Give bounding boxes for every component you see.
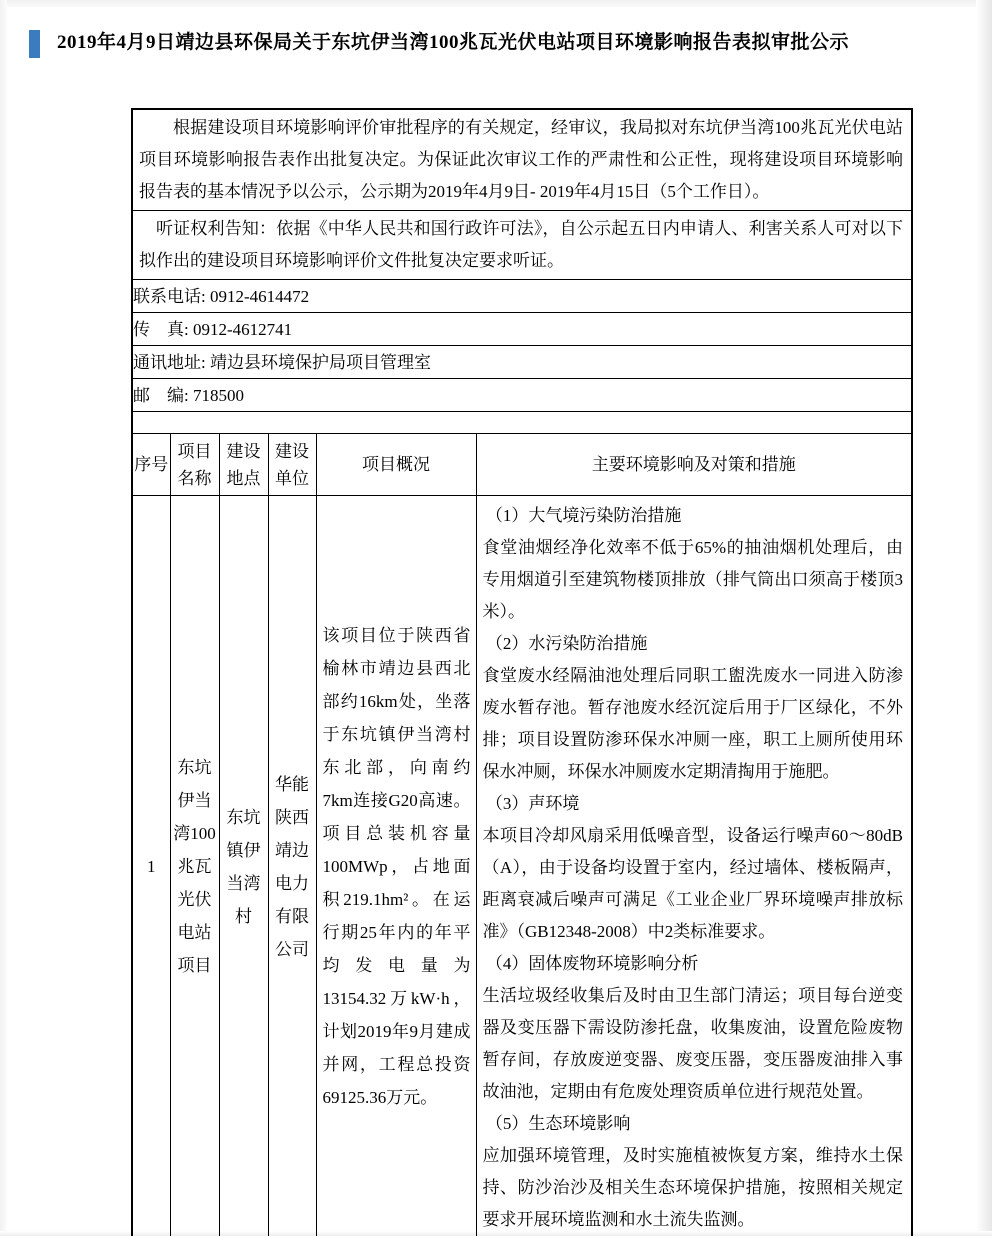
cell-index: 1: [132, 496, 170, 1236]
contact-fax: 传 真: 0912-4612741: [132, 313, 912, 346]
cell-builder: 华能陕西靖边电力有限公司: [268, 496, 316, 1236]
contact-zip-row: 邮 编: 718500: [132, 379, 912, 412]
impact-section-ecology: （5）生态环境影响 应加强环境管理，及时实施植被恢复方案，维持水土保持、防沙治沙…: [483, 1108, 904, 1236]
contact-phone: 联系电话: 0912-4614472: [132, 280, 912, 313]
contact-zipcode: 邮 编: 718500: [132, 379, 912, 412]
cell-impacts: （1）大气境污染防治措施 食堂油烟经净化效率不低于65%的抽油烟机处理后，由专用…: [476, 496, 912, 1236]
impact-section-noise: （3）声环境 本项目冷却风扇采用低噪音型，设备运行噪声60～80dB（A），由于…: [483, 788, 904, 948]
col-header-project-name: 项目名称: [170, 434, 219, 496]
title-accent-bar: [29, 30, 40, 58]
page-edge-left: [0, 0, 7, 1236]
contact-address-row: 通讯地址: 靖边县环境保护局项目管理室: [132, 346, 912, 379]
impact-body-air: 食堂油烟经净化效率不低于65%的抽油烟机处理后，由专用烟道引至建筑物楼顶排放（排…: [483, 532, 904, 628]
table-header-row: 序号 项目名称 建设地点 建设单位 项目概况 主要环境影响及对策和措施: [132, 434, 912, 496]
impact-section-air: （1）大气境污染防治措施 食堂油烟经净化效率不低于65%的抽油烟机处理后，由专用…: [483, 500, 904, 628]
contact-address: 通讯地址: 靖边县环境保护局项目管理室: [132, 346, 912, 379]
contact-phone-row: 联系电话: 0912-4614472: [132, 280, 912, 313]
contact-fax-row: 传 真: 0912-4612741: [132, 313, 912, 346]
impact-heading-ecology: （5）生态环境影响: [483, 1108, 904, 1140]
impact-heading-water: （2）水污染防治措施: [483, 628, 904, 660]
intro-paragraph: 根据建设项目环境影响评价审批程序的有关规定，经审议，我局拟对东坑伊当湾100兆瓦…: [133, 110, 911, 210]
page: { "page": { "title": "2019年4月9日靖边县环保局关于东…: [0, 0, 992, 1236]
col-header-builder: 建设单位: [268, 434, 316, 496]
spacer-cell: [132, 412, 912, 434]
hearing-paragraph: 听证权利告知：依据《中华人民共和国行政许可法》，自公示起五日内申请人、利害关系人…: [133, 211, 911, 279]
impact-heading-solid-waste: （4）固体废物环境影响分析: [483, 948, 904, 980]
overview-text: 该项目位于陕西省榆林市靖边县西北部约16km处，坐落于东坑镇伊当湾村东北部，向南…: [317, 619, 476, 1114]
page-title: 2019年4月9日靖边县环保局关于东坑伊当湾100兆瓦光伏电站项目环境影响报告表…: [57, 28, 849, 58]
col-header-overview: 项目概况: [316, 434, 476, 496]
impact-heading-noise: （3）声环境: [483, 788, 904, 820]
col-header-location: 建设地点: [219, 434, 268, 496]
impact-body-water: 食堂废水经隔油池处理后同职工盥洗废水一同进入防渗废水暂存池。暂存池废水经沉淀后用…: [483, 660, 904, 788]
table-row: 1 东坑伊当湾100兆瓦光伏电站项目 东坑镇伊当湾村 华能陕西靖边电力有限公司 …: [132, 496, 912, 1236]
announcement-table: 根据建设项目环境影响评价审批程序的有关规定，经审议，我局拟对东坑伊当湾100兆瓦…: [131, 108, 913, 1236]
col-header-impacts: 主要环境影响及对策和措施: [476, 434, 912, 496]
cell-overview: 该项目位于陕西省榆林市靖边县西北部约16km处，坐落于东坑镇伊当湾村东北部，向南…: [316, 496, 476, 1236]
spacer-row: [132, 412, 912, 434]
impacts-text: （1）大气境污染防治措施 食堂油烟经净化效率不低于65%的抽油烟机处理后，由专用…: [477, 497, 912, 1236]
impact-heading-air: （1）大气境污染防治措施: [483, 500, 904, 532]
title-block: 2019年4月9日靖边县环保局关于东坑伊当湾100兆瓦光伏电站项目环境影响报告表…: [29, 28, 959, 58]
cell-project-name: 东坑伊当湾100兆瓦光伏电站项目: [170, 496, 219, 1236]
impact-body-ecology: 应加强环境管理，及时实施植被恢复方案，维持水土保持、防沙治沙及相关生态环境保护措…: [483, 1140, 904, 1236]
page-edge-right: [976, 0, 992, 1236]
col-header-index: 序号: [132, 434, 170, 496]
page-edge-top: [0, 0, 992, 7]
impact-body-solid-waste: 生活垃圾经收集后及时由卫生部门清运；项目每台逆变器及变压器下需设防渗托盘，收集废…: [483, 980, 904, 1108]
impact-section-water: （2）水污染防治措施 食堂废水经隔油池处理后同职工盥洗废水一同进入防渗废水暂存池…: [483, 628, 904, 788]
intro-row: 根据建设项目环境影响评价审批程序的有关规定，经审议，我局拟对东坑伊当湾100兆瓦…: [132, 109, 912, 211]
impact-section-solid-waste: （4）固体废物环境影响分析 生活垃圾经收集后及时由卫生部门清运；项目每台逆变器及…: [483, 948, 904, 1108]
hearing-row: 听证权利告知：依据《中华人民共和国行政许可法》，自公示起五日内申请人、利害关系人…: [132, 211, 912, 280]
cell-location: 东坑镇伊当湾村: [219, 496, 268, 1236]
impact-body-noise: 本项目冷却风扇采用低噪音型，设备运行噪声60～80dB（A），由于设备均设置于室…: [483, 820, 904, 948]
